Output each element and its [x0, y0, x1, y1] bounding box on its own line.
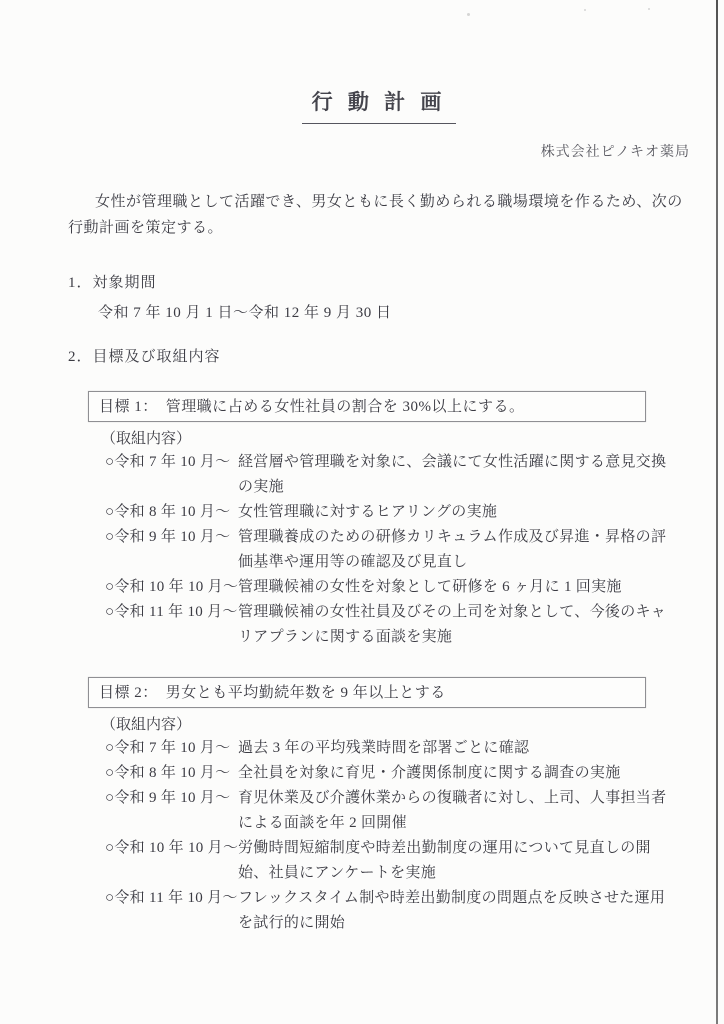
item-text: 労働時間短縮制度や時差出勤制度の運用について見直しの開始、社員にアンケートを実施 — [238, 836, 670, 886]
item-text: 過去 3 年の平均残業時間を部署ごとに確認 — [238, 736, 670, 761]
item-date: ○令和 7 年 10 月～ — [105, 450, 238, 500]
item-date: ○令和 10 年 10 月～ — [105, 575, 238, 600]
item-date: ○令和 10 年 10 月～ — [105, 836, 238, 886]
list-item: ○令和 7 年 10 月～ 経営層や管理職を対象に、会議にて女性活躍に関する意見… — [105, 450, 690, 500]
goal-2-items: ○令和 7 年 10 月～ 過去 3 年の平均残業時間を部署ごとに確認 ○令和 … — [105, 736, 690, 936]
period-value: 令和 7 年 10 月 1 日～令和 12 年 9 月 30 日 — [98, 301, 690, 322]
scan-speck — [467, 13, 470, 16]
item-text: 育児休業及び介護休業からの復職者に対し、上司、人事担当者による面談を年 2 回開… — [238, 786, 670, 836]
item-text: 女性管理職に対するヒアリングの実施 — [238, 500, 670, 525]
item-date: ○令和 9 年 10 月～ — [105, 786, 238, 836]
goal-1-sublabel: （取組内容） — [101, 427, 690, 448]
goal-2-sublabel: （取組内容） — [101, 713, 690, 734]
scanned-document-page: 行 動 計 画 株式会社ピノキオ薬局 女性が管理職として活躍でき、男女ともに長く… — [0, 0, 724, 1024]
intro-paragraph: 女性が管理職として活躍でき、男女ともに長く勤められる職場環境を作るため、次の行動… — [68, 189, 690, 241]
scan-edge-line — [716, 0, 719, 1024]
section-heading-period: 1．対象期間 — [68, 271, 690, 292]
item-date: ○令和 11 年 10 月～ — [105, 600, 238, 650]
company-name: 株式会社ピノキオ薬局 — [68, 141, 690, 161]
list-item: ○令和 10 年 10 月～ 管理職候補の女性を対象として研修を 6 ヶ月に 1… — [105, 575, 690, 600]
item-text: 管理職養成のための研修カリキュラム作成及び昇進・昇格の評価基準や運用等の確認及び… — [238, 525, 670, 575]
list-item: ○令和 9 年 10 月～ 管理職養成のための研修カリキュラム作成及び昇進・昇格… — [105, 525, 690, 575]
list-item: ○令和 9 年 10 月～ 育児休業及び介護休業からの復職者に対し、上司、人事担… — [105, 786, 690, 836]
item-text: 管理職候補の女性を対象として研修を 6 ヶ月に 1 回実施 — [238, 575, 670, 600]
item-text: 管理職候補の女性社員及びその上司を対象として、今後のキャリアプランに関する面談を… — [238, 600, 670, 650]
item-text: 経営層や管理職を対象に、会議にて女性活躍に関する意見交換の実施 — [238, 450, 670, 500]
document-title: 行 動 計 画 — [302, 86, 457, 124]
goal-1-box: 目標 1： 管理職に占める女性社員の割合を 30%以上にする。 — [88, 391, 646, 422]
goal-2-box: 目標 2： 男女とも平均勤続年数を 9 年以上とする — [88, 677, 646, 708]
section-heading-goals: 2．目標及び取組内容 — [68, 345, 690, 366]
list-item: ○令和 11 年 10 月～ フレックスタイム制や時差出勤制度の問題点を反映させ… — [105, 886, 690, 936]
item-date: ○令和 11 年 10 月～ — [105, 886, 238, 936]
list-item: ○令和 8 年 10 月～ 女性管理職に対するヒアリングの実施 — [105, 500, 690, 525]
item-text: 全社員を対象に育児・介護関係制度に関する調査の実施 — [238, 761, 670, 786]
list-item: ○令和 11 年 10 月～ 管理職候補の女性社員及びその上司を対象として、今後… — [105, 600, 690, 650]
goal-1-items: ○令和 7 年 10 月～ 経営層や管理職を対象に、会議にて女性活躍に関する意見… — [105, 450, 690, 650]
list-item: ○令和 10 年 10 月～ 労働時間短縮制度や時差出勤制度の運用について見直し… — [105, 836, 690, 886]
scan-speck — [584, 9, 586, 11]
item-date: ○令和 9 年 10 月～ — [105, 525, 238, 575]
scan-speck — [648, 8, 650, 10]
item-date: ○令和 8 年 10 月～ — [105, 500, 238, 525]
item-date: ○令和 7 年 10 月～ — [105, 736, 238, 761]
item-text: フレックスタイム制や時差出勤制度の問題点を反映させた運用を試行的に開始 — [238, 886, 670, 936]
item-date: ○令和 8 年 10 月～ — [105, 761, 238, 786]
list-item: ○令和 7 年 10 月～ 過去 3 年の平均残業時間を部署ごとに確認 — [105, 736, 690, 761]
list-item: ○令和 8 年 10 月～ 全社員を対象に育児・介護関係制度に関する調査の実施 — [105, 761, 690, 786]
